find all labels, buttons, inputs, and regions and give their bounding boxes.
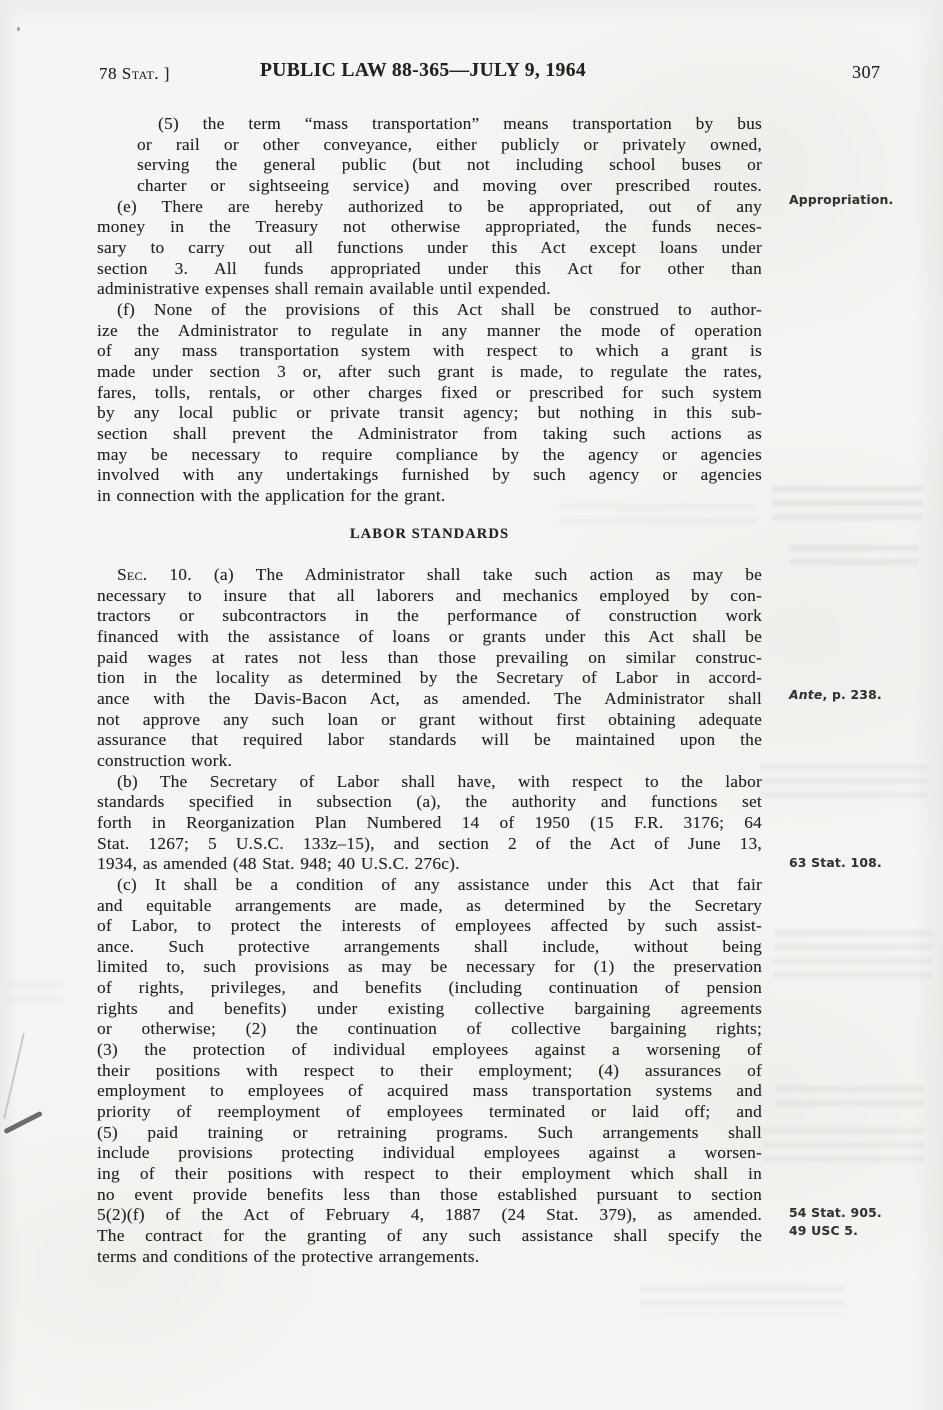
bleedthrough-artifact (774, 930, 932, 982)
text-line: The contract for the granting of any suc… (97, 1226, 762, 1247)
text-line: Sec. 10. (a) The Administrator shall tak… (97, 565, 762, 586)
text-line: ance. Such protective arrangements shall… (97, 937, 762, 958)
scanned-statute-page: { "header": { "volume": "78 Stat. ]", "t… (0, 0, 943, 1410)
header-title: PUBLIC LAW 88-365—JULY 9, 1964 (233, 60, 613, 82)
text-line: in connection with the application for t… (97, 486, 762, 507)
pen-mark-artifact (3, 1111, 42, 1134)
bleedthrough-artifact (772, 486, 922, 526)
text-line: serving the general public (but not incl… (137, 155, 762, 176)
paragraph: (5) the term “mass transportation” means… (137, 114, 762, 197)
text-line: priority of reemployment of employees te… (97, 1102, 762, 1123)
body-text-upper: (5) the term “mass transportation” means… (97, 114, 762, 506)
text-line: financed with the assistance of loans or… (97, 627, 762, 648)
text-line: 1934, as amended (48 Stat. 948; 40 U.S.C… (97, 854, 762, 875)
paragraph: (b) The Secretary of Labor shall have, w… (97, 772, 762, 875)
text-line: Stat. 1267; 5 U.S.C. 133z–15), and secti… (97, 834, 762, 855)
text-line: section 3. All funds appropriated under … (97, 259, 762, 280)
bleedthrough-artifact (790, 545, 918, 573)
text-line: of Labor, to protect the interests of em… (97, 916, 762, 937)
dot-artifact (17, 27, 20, 31)
text-line: by any local public or private transit a… (97, 403, 762, 424)
bleedthrough-artifact (6, 982, 64, 1006)
margin-note: Appropriation. (789, 191, 939, 209)
text-line: limited to, such provisions as may be ne… (97, 957, 762, 978)
text-line: section shall prevent the Administrator … (97, 424, 762, 445)
text-line: forth in Reorganization Plan Numbered 14… (97, 813, 762, 834)
text-line: ing of their positions with respect to t… (97, 1164, 762, 1185)
text-line: (5) the term “mass transportation” means… (137, 114, 762, 135)
text-line: terms and conditions of the protective a… (97, 1247, 762, 1268)
text-line: paid wages at rates not less than those … (97, 648, 762, 669)
text-line: fares, tolls, rentals, or other charges … (97, 383, 762, 404)
bleedthrough-artifact (640, 1286, 845, 1316)
text-line: employment to employees of acquired mass… (97, 1081, 762, 1102)
text-line: tion in the locality as determined by th… (97, 668, 762, 689)
text-line: of rights, privileges, and benefits (inc… (97, 978, 762, 999)
text-line: necessary to insure that all laborers an… (97, 586, 762, 607)
section-heading: LABOR STANDARDS (97, 526, 762, 543)
text-line: ance with the Davis-Bacon Act, as amende… (97, 689, 762, 710)
paragraph: (c) It shall be a condition of any assis… (97, 875, 762, 1267)
text-line: rights and benefits) under existing coll… (97, 999, 762, 1020)
header-page-number: 307 (852, 62, 881, 83)
text-line: their positions with respect to their em… (97, 1061, 762, 1082)
text-line: involved with any undertakings furnished… (97, 465, 762, 486)
header-volume: 78 Stat. ] (99, 64, 170, 84)
text-line: (e) There are hereby authorized to be ap… (97, 197, 762, 218)
text-line: of any mass transportation system with r… (97, 341, 762, 362)
margin-note: Ante, p. 238. (789, 686, 939, 704)
text-line: (3) the protection of individual employe… (97, 1040, 762, 1061)
text-line: made under section 3 or, after such gran… (97, 362, 762, 383)
bleedthrough-artifact (760, 764, 928, 806)
text-line: sary to carry out all functions under th… (97, 238, 762, 259)
text-line: construction work. (97, 751, 762, 772)
text-line: administrative expenses shall remain ava… (97, 279, 762, 300)
text-line: 5(2)(f) of the Act of February 4, 1887 (… (97, 1205, 762, 1226)
text-line: (b) The Secretary of Labor shall have, w… (97, 772, 762, 793)
margin-note: 63 Stat. 108. (789, 854, 939, 872)
text-line: or otherwise; (2) the continuation of co… (97, 1019, 762, 1040)
text-line: or rail or other conveyance, either publ… (137, 135, 762, 156)
bleedthrough-artifact (762, 1128, 924, 1168)
paragraph: (e) There are hereby authorized to be ap… (97, 197, 762, 300)
paragraph: (f) None of the provisions of this Act s… (97, 300, 762, 507)
text-line: may be necessary to require compliance b… (97, 445, 762, 466)
text-line: (5) paid training or retraining programs… (97, 1123, 762, 1144)
text-line: tractors or subcontractors in the perfor… (97, 606, 762, 627)
text-line: standards specified in subsection (a), t… (97, 792, 762, 813)
text-line: (c) It shall be a condition of any assis… (97, 875, 762, 896)
text-line: ize the Administrator to regulate in any… (97, 321, 762, 342)
margin-note: 54 Stat. 905.49 USC 5. (789, 1204, 939, 1240)
body-text-lower: Sec. 10. (a) The Administrator shall tak… (97, 565, 762, 1267)
text-line: charter or sightseeing service) and movi… (137, 176, 762, 197)
pen-scratch-artifact (3, 1033, 25, 1119)
text-line: (f) None of the provisions of this Act s… (97, 300, 762, 321)
text-line: assurance that required labor standards … (97, 730, 762, 751)
text-line: include provisions protecting individual… (97, 1143, 762, 1164)
text-line: and equitable arrangements are made, as … (97, 896, 762, 917)
bleedthrough-artifact (776, 1086, 924, 1114)
text-line: no event provide benefits less than thos… (97, 1185, 762, 1206)
text-line: money in the Treasury not otherwise appr… (97, 217, 762, 238)
text-line: not approve any such loan or grant witho… (97, 710, 762, 731)
bleedthrough-artifact (560, 504, 755, 528)
paragraph: Sec. 10. (a) The Administrator shall tak… (97, 565, 762, 772)
